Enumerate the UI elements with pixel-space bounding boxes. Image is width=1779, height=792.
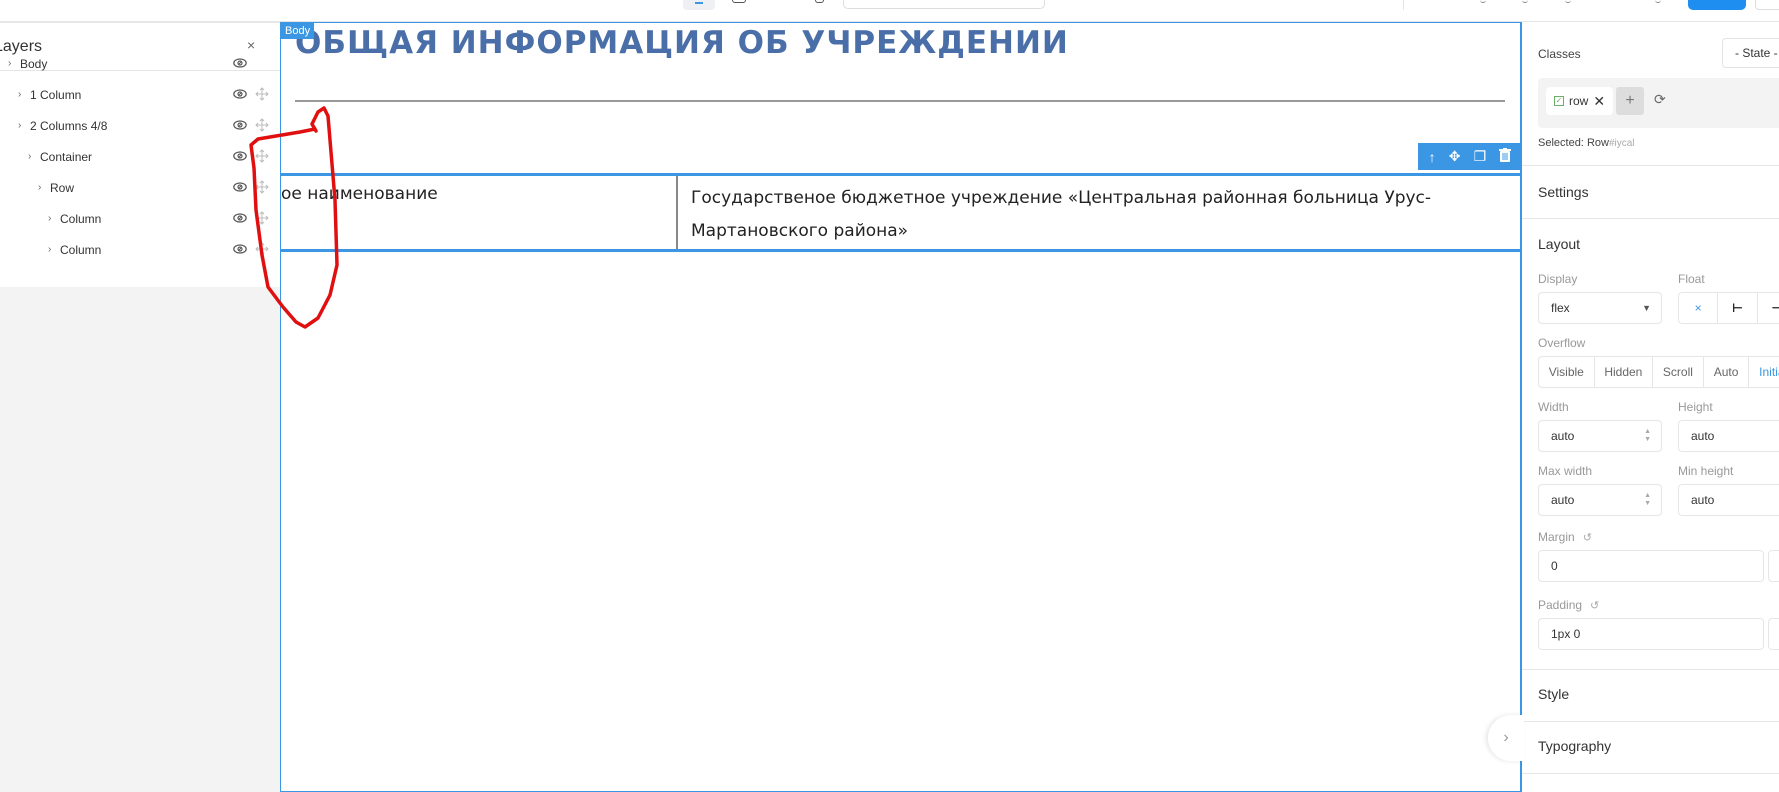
preview-icon[interactable] xyxy=(1565,0,1571,3)
top-toolbar xyxy=(0,0,1779,22)
display-value: flex xyxy=(1551,301,1570,315)
width-value: auto xyxy=(1551,429,1574,443)
margin-input[interactable]: 0 xyxy=(1538,550,1764,582)
layer-label: 1 Column xyxy=(30,88,81,102)
overflow-visible-option[interactable]: Visible xyxy=(1539,357,1595,387)
divider xyxy=(1522,218,1779,219)
divider xyxy=(1522,773,1779,774)
eye-icon[interactable] xyxy=(233,244,247,254)
layers-panel: Layers × ›Body›1 Column›2 Columns 4/8›Co… xyxy=(0,22,280,287)
eye-icon[interactable] xyxy=(233,120,247,130)
width-label: Width xyxy=(1538,400,1569,414)
remove-class-icon[interactable]: ✕ xyxy=(1593,93,1605,110)
height-label: Height xyxy=(1678,400,1713,414)
chevron-right-icon[interactable]: › xyxy=(8,58,11,69)
selected-name: Row xyxy=(1587,137,1609,149)
device-desktop-button[interactable] xyxy=(683,0,715,10)
overflow-auto-option[interactable]: Auto xyxy=(1704,357,1750,387)
layer-label: Column xyxy=(60,212,101,226)
horizontal-rule xyxy=(295,100,1505,102)
sync-icon[interactable]: ⟳ xyxy=(1654,91,1666,108)
chevron-right-icon[interactable]: › xyxy=(48,213,51,224)
device-tablet-button[interactable] xyxy=(732,0,746,3)
typography-section-header[interactable]: Typography xyxy=(1538,738,1611,754)
divider xyxy=(1522,165,1779,166)
layer-item[interactable]: ›Column xyxy=(0,204,280,235)
component-toolbar: ↑ ✥ ❐ xyxy=(1418,143,1521,170)
drag-handle-icon[interactable] xyxy=(255,87,269,101)
layer-label: Body xyxy=(20,57,47,71)
margin-label: Margin xyxy=(1538,530,1575,544)
layout-section-header[interactable]: Layout xyxy=(1538,236,1580,252)
width-input[interactable]: auto ▲▼ xyxy=(1538,420,1662,452)
overflow-initial-option[interactable]: Initial xyxy=(1749,357,1779,387)
eye-icon[interactable] xyxy=(233,151,247,161)
padding-input[interactable]: 1px 0 xyxy=(1538,618,1764,650)
layer-item[interactable]: ›Body xyxy=(0,49,280,80)
select-parent-icon[interactable]: ↑ xyxy=(1429,149,1436,165)
settings-icon[interactable] xyxy=(1655,0,1661,3)
drag-handle-icon[interactable] xyxy=(255,211,269,225)
drag-handle-icon[interactable] xyxy=(255,118,269,132)
layer-item[interactable]: ›Column xyxy=(0,235,280,266)
padding-label-row: Padding↺ xyxy=(1538,598,1599,612)
info-row-selected[interactable]: ое наименование Государственое бюджетное… xyxy=(281,173,1521,252)
divider xyxy=(1522,669,1779,670)
save-button[interactable] xyxy=(1688,0,1746,10)
style-section-header[interactable]: Style xyxy=(1538,686,1569,702)
add-class-button[interactable]: + xyxy=(1616,87,1644,115)
class-tag-row[interactable]: ✓ row ✕ xyxy=(1546,87,1613,115)
max-width-label: Max width xyxy=(1538,464,1592,478)
layer-item[interactable]: ›1 Column xyxy=(0,80,280,111)
selected-label: Selected: xyxy=(1538,137,1584,149)
url-input[interactable] xyxy=(843,0,1045,9)
min-height-value: auto xyxy=(1691,493,1714,507)
editor-canvas[interactable]: ОБЩАЯ ИНФОРМАЦИЯ ОБ УЧРЕЖДЕНИИ Body ↑ ✥ … xyxy=(280,22,1521,792)
classes-label: Classes xyxy=(1538,47,1581,61)
eye-icon[interactable] xyxy=(233,213,247,223)
class-tag-label: row xyxy=(1569,94,1588,108)
chevron-right-icon[interactable]: › xyxy=(48,244,51,255)
class-tags: ✓ row ✕ + ⟳ xyxy=(1538,78,1779,128)
drag-handle-icon[interactable] xyxy=(255,180,269,194)
secondary-button[interactable] xyxy=(1755,0,1779,10)
max-width-value: auto xyxy=(1551,493,1574,507)
reset-icon[interactable]: ↺ xyxy=(1590,600,1599,612)
padding-label: Padding xyxy=(1538,598,1582,612)
float-label: Float xyxy=(1678,272,1705,286)
label-text: ое наименование xyxy=(281,184,438,204)
float-radio-group: × ⊢ ⊣ xyxy=(1678,292,1779,324)
reset-icon[interactable]: ↺ xyxy=(1583,532,1592,544)
min-height-label: Min height xyxy=(1678,464,1733,478)
max-width-input[interactable]: auto ▲▼ xyxy=(1538,484,1662,516)
height-value: auto xyxy=(1691,429,1714,443)
page-title[interactable]: ОБЩАЯ ИНФОРМАЦИЯ ОБ УЧРЕЖДЕНИИ xyxy=(295,25,1069,61)
overflow-hidden-option[interactable]: Hidden xyxy=(1595,357,1654,387)
toolbar-divider xyxy=(1403,0,1404,10)
layer-item[interactable]: ›Row xyxy=(0,173,280,204)
overflow-radio-group: Visible Hidden Scroll Auto Initial xyxy=(1538,356,1779,388)
layer-item[interactable]: ›2 Columns 4/8 xyxy=(0,111,280,142)
display-label: Display xyxy=(1538,272,1577,286)
layer-label: Column xyxy=(60,243,101,257)
float-right-option[interactable]: ⊣ xyxy=(1758,293,1779,323)
redo-icon[interactable] xyxy=(1522,0,1528,3)
layers-panel-empty-area xyxy=(0,287,280,792)
layer-item[interactable]: ›Container xyxy=(0,142,280,173)
padding-expand-button[interactable] xyxy=(1768,618,1779,650)
layer-label: 2 Columns 4/8 xyxy=(30,119,107,133)
info-column-value[interactable]: Государственое бюджетное учреждение «Цен… xyxy=(691,182,1521,248)
device-mobile-button[interactable] xyxy=(815,0,824,3)
layer-label: Row xyxy=(50,181,74,195)
display-select[interactable]: flex ▼ xyxy=(1538,292,1662,324)
settings-section-header[interactable]: Settings xyxy=(1538,184,1589,200)
stepper-icon[interactable]: ▲▼ xyxy=(1644,492,1651,508)
chevron-right-icon[interactable]: › xyxy=(18,89,21,100)
state-select[interactable]: - State - xyxy=(1722,38,1779,68)
chevron-right-icon[interactable]: › xyxy=(38,182,41,193)
selected-id: #iycal xyxy=(1609,138,1635,149)
body-badge: Body xyxy=(281,23,314,39)
desktop-icon xyxy=(695,0,703,4)
margin-label-row: Margin↺ xyxy=(1538,530,1592,544)
stepper-icon[interactable]: ▲▼ xyxy=(1644,428,1651,444)
eye-icon[interactable] xyxy=(233,58,247,68)
chevron-right-icon[interactable]: › xyxy=(28,151,31,162)
delete-icon[interactable] xyxy=(1499,148,1511,165)
height-input[interactable]: auto xyxy=(1678,420,1779,452)
float-left-option[interactable]: ⊢ xyxy=(1718,293,1757,323)
chevron-right-icon[interactable]: › xyxy=(18,120,21,131)
eye-icon[interactable] xyxy=(233,182,247,192)
undo-icon[interactable] xyxy=(1480,0,1486,3)
divider xyxy=(1522,721,1779,722)
info-column-label[interactable]: ое наименование xyxy=(281,176,678,249)
style-manager-panel: Classes - State - ✓ row ✕ + ⟳ Selected: … xyxy=(1521,22,1779,792)
eye-icon[interactable] xyxy=(233,89,247,99)
drag-handle-icon[interactable] xyxy=(255,242,269,256)
selected-info: Selected: Row#iycal xyxy=(1538,137,1635,149)
margin-expand-button[interactable] xyxy=(1768,550,1779,582)
overflow-label: Overflow xyxy=(1538,336,1585,350)
min-height-input[interactable]: auto xyxy=(1678,484,1779,516)
drag-handle-icon[interactable] xyxy=(255,149,269,163)
float-none-option[interactable]: × xyxy=(1679,293,1718,323)
checkbox-icon[interactable]: ✓ xyxy=(1554,96,1564,106)
move-icon[interactable]: ✥ xyxy=(1449,148,1461,165)
layer-label: Container xyxy=(40,150,92,164)
overflow-scroll-option[interactable]: Scroll xyxy=(1653,357,1704,387)
caret-down-icon: ▼ xyxy=(1642,303,1651,313)
copy-icon[interactable]: ❐ xyxy=(1474,148,1487,165)
padding-value: 1px 0 xyxy=(1551,627,1580,641)
margin-value: 0 xyxy=(1551,559,1558,573)
